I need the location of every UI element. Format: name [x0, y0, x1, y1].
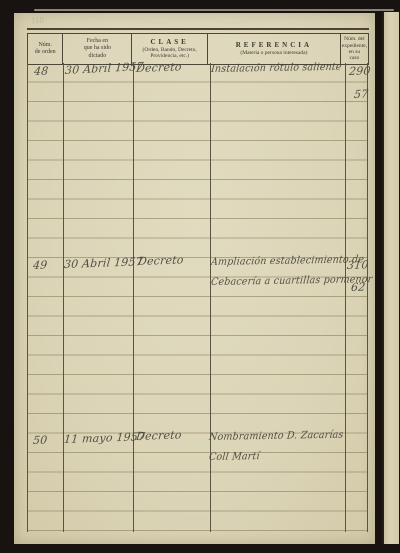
column-line-2: [133, 63, 134, 532]
header-expediente: Núm. del expediente, en su caso: [341, 34, 368, 64]
header-referencia-title: REFERENCIA: [236, 41, 312, 50]
entry-49-fecha: 30 Abril 1957: [63, 255, 143, 271]
entry-48-referencia: Instalación rótulo saliente: [210, 62, 342, 75]
header-fecha-line2: que ha sido: [84, 45, 111, 53]
header-referencia: REFERENCIA (Materia o persona interesada…: [208, 34, 341, 64]
pencil-note: 118: [31, 15, 45, 26]
header-num-line2: de orden: [35, 49, 56, 57]
scanned-registry-page: { "page": { "pencil_note": "118" }, "tab…: [0, 0, 400, 553]
entry-50-num: 50: [32, 433, 48, 447]
entry-50-clase: Decreto: [135, 428, 182, 443]
column-line-right: [367, 63, 368, 532]
header-expediente-line4: caso: [349, 55, 359, 61]
header-fecha: Fecha en que ha sido dictado: [63, 34, 132, 64]
scan-top-page-edge-highlight: [34, 9, 394, 11]
entry-49-expediente-num: 310: [346, 258, 369, 272]
column-line-4: [345, 63, 346, 532]
table-top-rule: [27, 28, 369, 30]
entry-48-expediente-year: 57: [353, 87, 369, 101]
entry-49-referencia-line1: Ampliación establecimiento de: [210, 254, 364, 268]
header-fecha-line3: dictado: [89, 53, 107, 61]
entry-48-expediente-num: 290: [348, 64, 371, 78]
header-fecha-line1: Fecha en: [87, 38, 109, 46]
entry-49-clase: Decreto: [137, 253, 184, 268]
column-line-1: [63, 63, 64, 532]
adjacent-page-edge: [382, 12, 399, 544]
header-num-orden: Núm. de orden: [28, 34, 63, 64]
entry-49-expediente-year: 62: [350, 280, 366, 294]
table-body: 48 30 Abril 1957 Decreto Instalación rót…: [27, 63, 368, 532]
entry-49-referencia-line2: Cebacería a cuartillas pormenor: [210, 274, 373, 288]
ledger-page: 118 Núm. de orden Fecha en que ha sido d…: [14, 13, 375, 544]
header-clase-sub2: Providencia, etc.): [150, 53, 189, 59]
header-clase-title: CLASE: [150, 38, 188, 47]
entry-48-clase: Decreto: [135, 60, 182, 75]
column-line-left: [27, 63, 28, 532]
table-header-row: Núm. de orden Fecha en que ha sido dicta…: [27, 33, 369, 65]
entry-50-referencia-line1: Nombramiento D. Zacarías: [208, 430, 344, 443]
entry-50-referencia-line2: Coll Martí: [208, 451, 260, 463]
entry-48-num: 48: [33, 64, 49, 78]
header-num-line1: Núm.: [38, 42, 52, 50]
header-referencia-sub1: (Materia o persona interesada): [240, 50, 307, 56]
entry-49-num: 49: [32, 258, 48, 272]
